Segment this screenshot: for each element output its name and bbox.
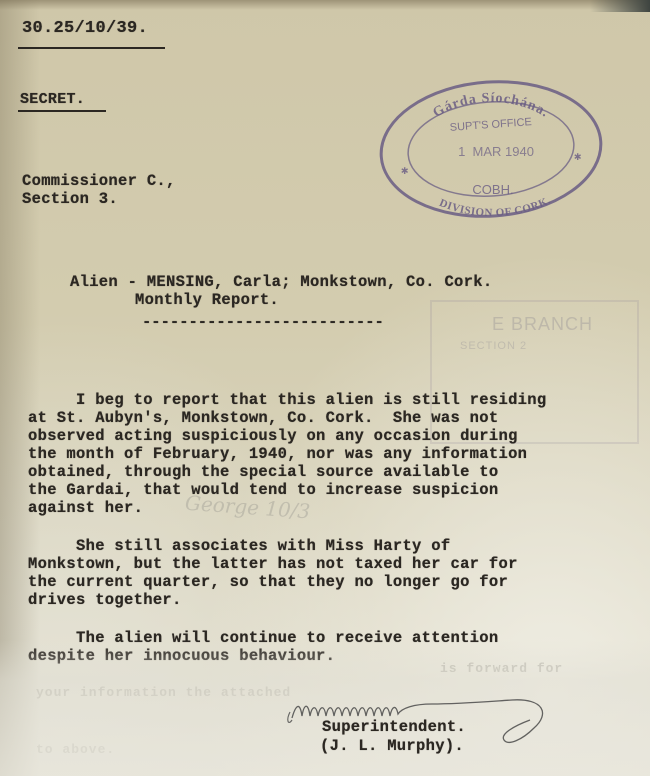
subject-line: Alien - MENSING, Carla; Monkstown, Co. C… [70,273,492,291]
file-reference-underline [18,47,165,49]
report-type: Monthly Report. [135,291,279,309]
paragraph-2-line: the current quarter, so that they no lon… [28,573,508,591]
signatory-title: Superintendent. [322,718,466,736]
paragraph-2-line: drives together. [28,591,182,609]
addressee-line-1: Commissioner C., [22,172,176,190]
page-top-edge [0,0,650,10]
stamp-office: SUPT'S OFFICE [449,116,532,134]
stamp-star-left-icon: ✱ [401,164,408,178]
addressee-block: Commissioner C., Section 3. [22,172,176,208]
subject-rule: -------------------------- [142,313,384,331]
paragraph-1: I beg to report that this alien is still… [28,391,546,517]
stamp-top-text: Gárda Síochána. [431,91,552,121]
faint-branch-stamp-title: E BRANCH [492,314,593,335]
paragraph-1-line: the month of February, 1940, nor was any… [28,445,527,463]
faint-branch-stamp-sub: SECTION 2 [460,340,527,352]
paragraph-2-line: Monkstown, but the latter has not taxed … [28,555,518,573]
classification-underline [18,110,106,112]
paragraph-2: She still associates with Miss Harty of … [28,537,518,609]
stamp-date: 1 MAR 1940 [458,144,534,159]
paragraph-1-line: at St. Aubyn's, Monkstown, Co. Cork. She… [28,409,498,427]
file-reference: 30.25/10/39. [22,20,148,38]
paragraph-1-line: I beg to report that this alien is still… [28,391,546,409]
paragraph-2-line: She still associates with Miss Harty of [28,537,450,555]
signatory-name: (J. L. Murphy). [320,737,464,755]
paragraph-1-line: observed acting suspiciously on any occa… [28,427,518,445]
svg-text:Gárda Síochána.: Gárda Síochána. [431,91,552,121]
page-corner-shadow [590,0,650,12]
paragraph-1-line: the Gardai, that would tend to increase … [28,481,498,499]
paragraph-1-line: against her. [28,499,143,517]
stamp-station: COBH. [472,182,513,197]
paragraph-1-line: obtained, through the special source ava… [28,463,498,481]
office-date-stamp: Gárda Síochána. SUPT'S OFFICE 1 MAR 1940… [378,78,604,220]
classification-label: SECRET. [20,91,85,109]
addressee-line-2: Section 3. [22,190,118,208]
stamp-star-right-icon: ✱ [574,150,581,164]
